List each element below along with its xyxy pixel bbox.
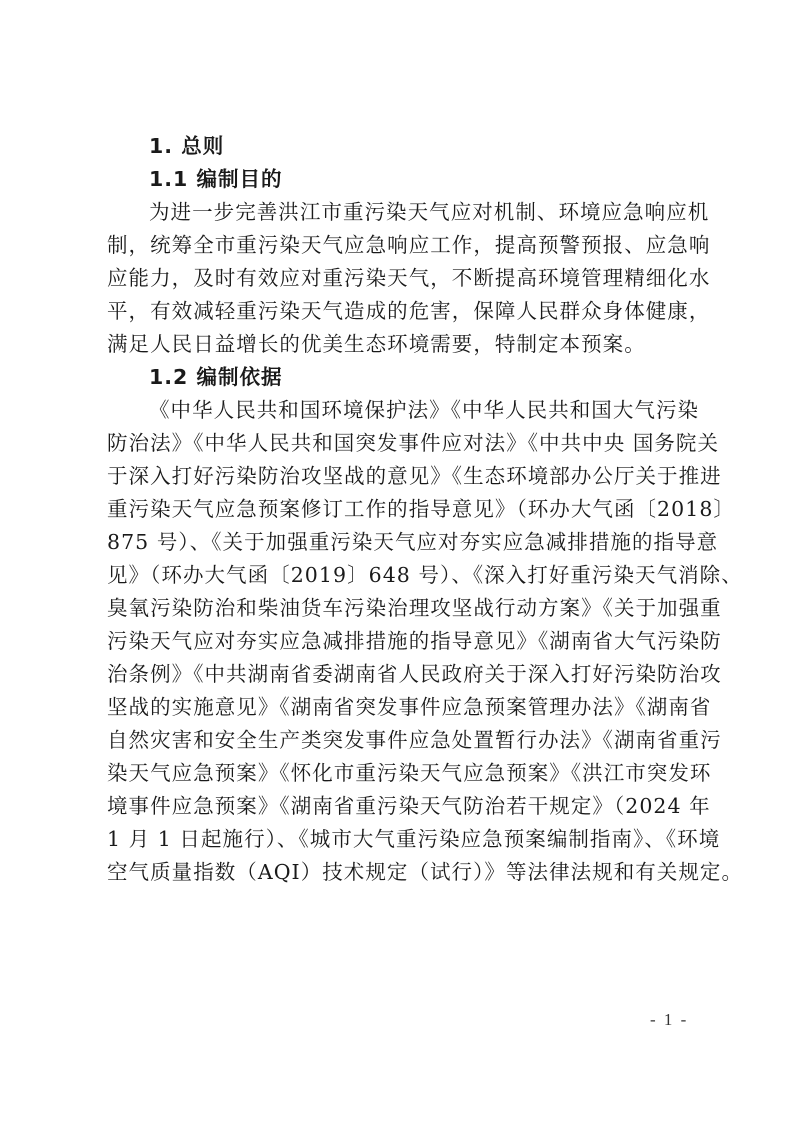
paragraph-line: 坚战的实施意见》《湖南省突发事件应急预案管理办法》《湖南省 <box>107 691 707 724</box>
paragraph-line: 《中华人民共和国环境保护法》《中华人民共和国大气污染 <box>107 394 707 427</box>
heading-basis: 1.2 编制依据 <box>107 361 707 394</box>
paragraph-line: 境事件应急预案》《湖南省重污染天气防治若干规定》（2024 年 <box>107 790 707 823</box>
paragraph-line: 于深入打好污染防治攻坚战的意见》《生态环境部办公厅关于推进 <box>107 460 707 493</box>
heading-purpose: 1.1 编制目的 <box>107 163 707 196</box>
page-number: - 1 - <box>650 1010 688 1030</box>
paragraph-line: 空气质量指数（AQI）技术规定（试行）》等法律法规和有关规定。 <box>107 856 707 889</box>
paragraph-line: 治条例》《中共湖南省委湖南省人民政府关于深入打好污染防治攻 <box>107 658 707 691</box>
paragraph-line: 应能力，及时有效应对重污染天气，不断提高环境管理精细化水 <box>107 262 707 295</box>
paragraph-line: 染天气应急预案》《怀化市重污染天气应急预案》《洪江市突发环 <box>107 757 707 790</box>
paragraph-line: 见》（环办大气函〔2019〕648 号）、《深入打好重污染天气消除、 <box>107 559 707 592</box>
paragraph-line: 重污染天气应急预案修订工作的指导意见》（环办大气函〔2018〕 <box>107 493 707 526</box>
document-page: 1. 总则 1.1 编制目的 为进一步完善洪江市重污染天气应对机制、环境应急响应… <box>107 130 707 889</box>
paragraph-line: 污染天气应对夯实应急减排措施的指导意见》《湖南省大气污染防 <box>107 625 707 658</box>
paragraph-line: 为进一步完善洪江市重污染天气应对机制、环境应急响应机 <box>107 196 707 229</box>
paragraph-line: 1 月 1 日起施行）、《城市大气重污染应急预案编制指南》、《环境 <box>107 823 707 856</box>
paragraph-line: 臭氧污染防治和柴油货车污染治理攻坚战行动方案》《关于加强重 <box>107 592 707 625</box>
paragraph-line: 自然灾害和安全生产类突发事件应急处置暂行办法》《湖南省重污 <box>107 724 707 757</box>
paragraph-line: 平，有效减轻重污染天气造成的危害，保障人民群众身体健康， <box>107 295 707 328</box>
heading-general-provisions: 1. 总则 <box>107 130 707 163</box>
paragraph-line: 防治法》《中华人民共和国突发事件应对法》《中共中央 国务院关 <box>107 427 707 460</box>
paragraph-line: 制，统筹全市重污染天气应急响应工作，提高预警预报、应急响 <box>107 229 707 262</box>
paragraph-line: 875 号）、《关于加强重污染天气应对夯实应急减排措施的指导意 <box>107 526 707 559</box>
paragraph-line: 满足人民日益增长的优美生态环境需要，特制定本预案。 <box>107 328 707 361</box>
